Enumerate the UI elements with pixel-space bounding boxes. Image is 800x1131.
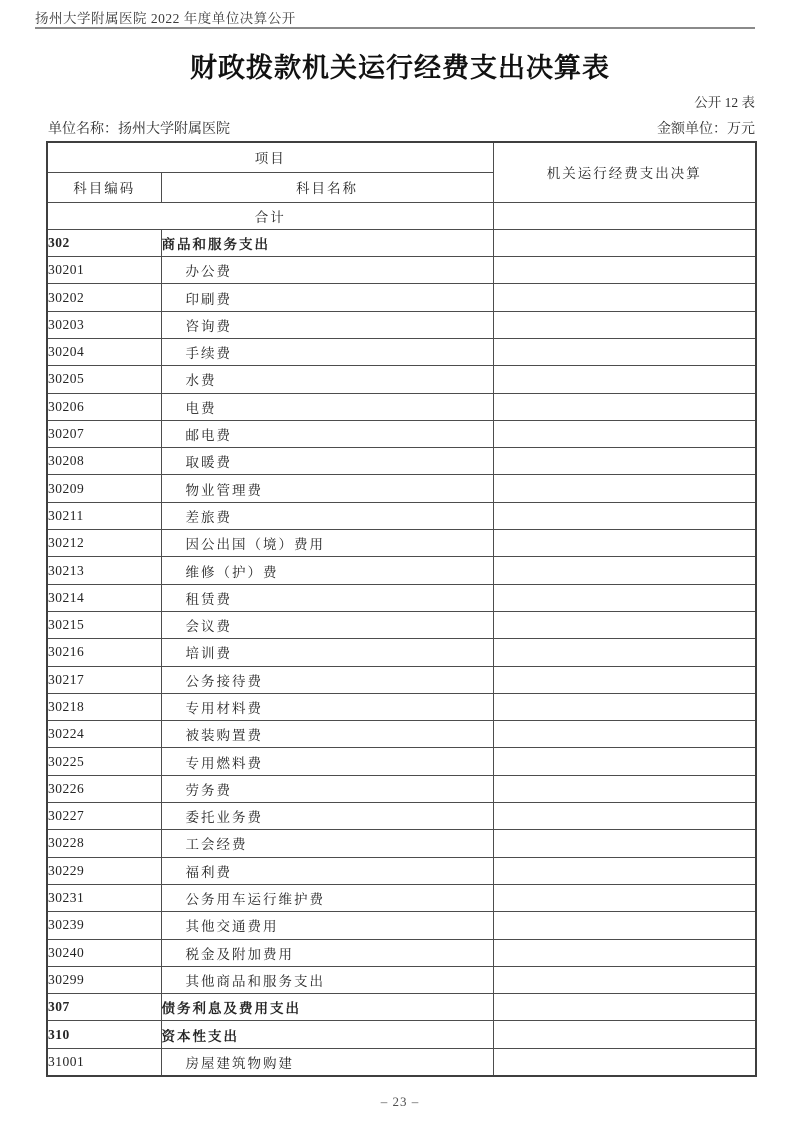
code-cell: 30214	[47, 584, 161, 611]
code-cell: 30218	[47, 693, 161, 720]
table-row: 30217公务接待费	[47, 666, 756, 693]
code-cell: 30201	[47, 257, 161, 284]
value-cell	[493, 775, 756, 802]
name-cell: 维修（护）费	[161, 557, 493, 584]
table-row: 30218专用材料费	[47, 693, 756, 720]
table-row: 30227委托业务费	[47, 803, 756, 830]
name-cell: 其他商品和服务支出	[161, 966, 493, 993]
value-cell	[493, 939, 756, 966]
name-cell: 公务接待费	[161, 666, 493, 693]
table-row: 30204手续费	[47, 338, 756, 365]
code-cell: 30206	[47, 393, 161, 420]
table-row: 30202印刷费	[47, 284, 756, 311]
table-row: 310资本性支出	[47, 1021, 756, 1048]
table-row: 30212因公出国（境）费用	[47, 530, 756, 557]
name-cell: 邮电费	[161, 420, 493, 447]
table-row: 30239其他交通费用	[47, 912, 756, 939]
table-row: 30201办公费	[47, 257, 756, 284]
name-cell: 其他交通费用	[161, 912, 493, 939]
table-row: 30225专用燃料费	[47, 748, 756, 775]
code-cell: 30231	[47, 884, 161, 911]
code-cell: 30213	[47, 557, 161, 584]
code-column-header-cell: 科目编码	[47, 172, 161, 202]
name-cell: 会议费	[161, 611, 493, 638]
value-cell	[493, 721, 756, 748]
table-header: 项目 机关运行经费支出决算 科目编码 科目名称	[47, 142, 756, 202]
total-row: 合计	[47, 202, 756, 229]
value-cell	[493, 803, 756, 830]
value-cell	[493, 229, 756, 256]
value-cell	[493, 884, 756, 911]
table-row: 30299其他商品和服务支出	[47, 966, 756, 993]
value-cell	[493, 557, 756, 584]
value-cell	[493, 311, 756, 338]
table-row: 30209物业管理费	[47, 475, 756, 502]
code-cell: 30204	[47, 338, 161, 365]
code-cell: 30209	[47, 475, 161, 502]
value-cell	[493, 584, 756, 611]
name-cell: 物业管理费	[161, 475, 493, 502]
code-cell: 30226	[47, 775, 161, 802]
table-row: 30228工会经费	[47, 830, 756, 857]
table-row: 30206电费	[47, 393, 756, 420]
code-cell: 31001	[47, 1048, 161, 1075]
code-cell: 30229	[47, 857, 161, 884]
name-cell: 差旅费	[161, 502, 493, 529]
table-row: 30213维修（护）费	[47, 557, 756, 584]
header-rule	[35, 27, 755, 29]
name-cell: 专用燃料费	[161, 748, 493, 775]
project-header-cell: 项目	[47, 142, 493, 172]
code-cell: 30212	[47, 530, 161, 557]
value-cell	[493, 639, 756, 666]
table-row: 30216培训费	[47, 639, 756, 666]
code-cell: 30299	[47, 966, 161, 993]
value-cell	[493, 611, 756, 638]
value-cell	[493, 912, 756, 939]
name-cell: 税金及附加费用	[161, 939, 493, 966]
name-cell: 租赁费	[161, 584, 493, 611]
table-row: 30215会议费	[47, 611, 756, 638]
value-cell	[493, 693, 756, 720]
table-row: 30229福利费	[47, 857, 756, 884]
code-cell: 30202	[47, 284, 161, 311]
name-column-header-cell: 科目名称	[161, 172, 493, 202]
name-cell: 咨询费	[161, 311, 493, 338]
value-cell	[493, 284, 756, 311]
value-cell	[493, 448, 756, 475]
table-row: 30207邮电费	[47, 420, 756, 447]
value-cell	[493, 1021, 756, 1048]
code-cell: 30239	[47, 912, 161, 939]
code-cell: 30215	[47, 611, 161, 638]
name-cell: 被装购置费	[161, 721, 493, 748]
table-row: 307债务利息及费用支出	[47, 994, 756, 1021]
name-cell: 工会经费	[161, 830, 493, 857]
code-cell: 30205	[47, 366, 161, 393]
table-row: 30208取暖费	[47, 448, 756, 475]
name-cell: 委托业务费	[161, 803, 493, 830]
code-cell: 307	[47, 994, 161, 1021]
value-cell	[493, 1048, 756, 1075]
table-row: 31001房屋建筑物购建	[47, 1048, 756, 1075]
code-cell: 302	[47, 229, 161, 256]
value-column-header-cell: 机关运行经费支出决算	[493, 142, 756, 202]
code-cell: 30240	[47, 939, 161, 966]
code-cell: 30203	[47, 311, 161, 338]
name-cell: 培训费	[161, 639, 493, 666]
name-cell: 电费	[161, 393, 493, 420]
table-row: 30214租赁费	[47, 584, 756, 611]
value-cell	[493, 530, 756, 557]
name-cell: 公务用车运行维护费	[161, 884, 493, 911]
code-cell: 30217	[47, 666, 161, 693]
name-cell: 专用材料费	[161, 693, 493, 720]
unit-name: 单位名称：扬州大学附属医院	[48, 118, 230, 138]
name-cell: 取暖费	[161, 448, 493, 475]
code-cell: 30208	[47, 448, 161, 475]
table-row: 30205水费	[47, 366, 756, 393]
value-cell	[493, 994, 756, 1021]
value-cell	[493, 257, 756, 284]
name-cell: 劳务费	[161, 775, 493, 802]
name-cell: 福利费	[161, 857, 493, 884]
header-row-project: 项目 机关运行经费支出决算	[47, 142, 756, 172]
value-cell	[493, 966, 756, 993]
document-page: 扬州大学附属医院 2022 年度单位决算公开 财政拨款机关运行经费支出决算表 公…	[0, 0, 800, 1131]
value-cell	[493, 857, 756, 884]
code-cell: 30228	[47, 830, 161, 857]
name-cell: 债务利息及费用支出	[161, 994, 493, 1021]
code-cell: 30227	[47, 803, 161, 830]
total-label-cell: 合计	[47, 202, 493, 229]
code-cell: 30224	[47, 721, 161, 748]
page-number: – 23 –	[0, 1094, 800, 1110]
value-cell	[493, 748, 756, 775]
table-row: 30231公务用车运行维护费	[47, 884, 756, 911]
amount-unit: 金额单位：万元	[657, 118, 755, 138]
value-cell	[493, 393, 756, 420]
name-cell: 房屋建筑物购建	[161, 1048, 493, 1075]
table-number: 公开 12 表	[694, 91, 755, 111]
value-cell	[493, 420, 756, 447]
code-cell: 30216	[47, 639, 161, 666]
doc-header: 扬州大学附属医院 2022 年度单位决算公开	[35, 7, 296, 27]
total-value-cell	[493, 202, 756, 229]
value-cell	[493, 366, 756, 393]
value-cell	[493, 475, 756, 502]
table-body: 合计 302商品和服务支出30201办公费30202印刷费30203咨询费302…	[47, 202, 756, 1076]
name-cell: 水费	[161, 366, 493, 393]
table-row: 30203咨询费	[47, 311, 756, 338]
value-cell	[493, 502, 756, 529]
expenditure-table: 项目 机关运行经费支出决算 科目编码 科目名称 合计 302商品和服务支出302…	[46, 141, 757, 1077]
code-cell: 310	[47, 1021, 161, 1048]
table-row: 302商品和服务支出	[47, 229, 756, 256]
code-cell: 30211	[47, 502, 161, 529]
code-cell: 30207	[47, 420, 161, 447]
table-row: 30240税金及附加费用	[47, 939, 756, 966]
table-row: 30226劳务费	[47, 775, 756, 802]
name-cell: 手续费	[161, 338, 493, 365]
code-cell: 30225	[47, 748, 161, 775]
name-cell: 因公出国（境）费用	[161, 530, 493, 557]
name-cell: 印刷费	[161, 284, 493, 311]
value-cell	[493, 338, 756, 365]
table-row: 30211差旅费	[47, 502, 756, 529]
table-row: 30224被装购置费	[47, 721, 756, 748]
value-cell	[493, 666, 756, 693]
name-cell: 资本性支出	[161, 1021, 493, 1048]
name-cell: 商品和服务支出	[161, 229, 493, 256]
page-title: 财政拨款机关运行经费支出决算表	[0, 46, 800, 85]
value-cell	[493, 830, 756, 857]
name-cell: 办公费	[161, 257, 493, 284]
